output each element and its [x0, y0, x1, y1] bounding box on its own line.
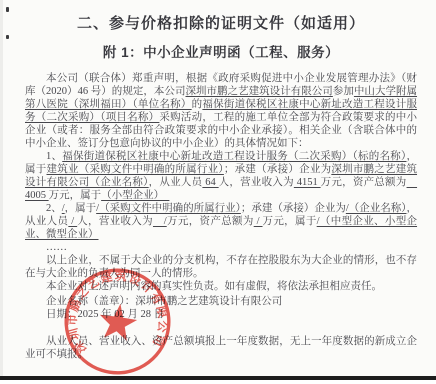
text-segment: 万元，属于 — [49, 190, 102, 201]
underlined-field: 深圳市鹏之艺建筑设计有限公司 — [185, 86, 332, 97]
scan-artifact — [6, 35, 9, 39]
page-below-border — [0, 380, 436, 384]
underlined-field: 4151 — [294, 177, 321, 188]
text-segment: 的 — [192, 99, 203, 110]
assurance-paragraph: 以上企业，不属于大企业的分支机构，不存在控股股东为大企业的情形，也不存在与大企业… — [25, 254, 417, 280]
company-name-line: 企业名称（盖章）：深圳市鹏之艺建筑设计有限公司 — [25, 295, 417, 308]
declaration-body: 本公司（联合体）郑重声明，根据《政府采购促进中小企业发展管理办法》（财库（202… — [25, 72, 417, 361]
document-content: 二、参与价格扣除的证明文件（如适用） 附 1：中小企业声明函（工程、服务） 本公… — [25, 12, 417, 361]
underlined-field: 福保街道保税区社康中心新址改造工程设计服务（二次采购）（标的名称） — [62, 151, 406, 162]
text-segment: 万元，资产总额为 — [321, 177, 407, 188]
text-segment: 2、 — [46, 203, 62, 214]
text-segment: ；承建（承接）企业为 — [224, 164, 331, 175]
page-title: 二、参与价格扣除的证明文件（如适用） — [25, 12, 417, 33]
scan-artifact — [6, 7, 9, 12]
underlined-field: /（企业名称） — [346, 203, 407, 214]
text-segment: 万元，资产总额为 — [167, 216, 254, 227]
text-segment: ，属于 — [65, 203, 97, 214]
underlined-field: / — [153, 216, 167, 227]
declaration-paragraph: 本公司（联合体）郑重声明，根据《政府采购促进中小企业发展管理办法》（财库（202… — [25, 72, 417, 150]
text-segment: ；承建（承接）企业为 — [241, 203, 346, 214]
text-segment: 参加 — [333, 86, 354, 97]
clause-item-2: 2、/，属于/（采购文件中明确的所属行业）；承建（承接）企业为/（企业名称），从… — [25, 202, 417, 241]
ellipsis-line: …… — [25, 241, 417, 254]
clause-item-1: 1、福保街道保税区社康中心新址改造工程设计服务（二次采购）（标的名称），属于建筑… — [25, 150, 417, 202]
text-segment: ，从业人员 — [149, 177, 203, 188]
date-line: 日期：2025 年 02 月 28 日 — [25, 308, 417, 321]
text-segment: 万元，属于 — [263, 216, 317, 227]
underlined-field: / — [68, 216, 77, 227]
underlined-field: / — [254, 216, 263, 227]
footnote-paragraph: 从业人员、营业收入、资产总额填报上一年度数据，无上一年度数据的新成立企业可不填报… — [25, 335, 417, 361]
scan-edge-shade — [0, 0, 3, 384]
document-page: 二、参与价格扣除的证明文件（如适用） 附 1：中小企业声明函（工程、服务） 本公… — [0, 0, 436, 384]
underlined-field: 建筑业（采购文件中明确的所属行业） — [47, 164, 224, 175]
text-segment: 人，营业收入为 — [219, 177, 294, 188]
underlined-field: 64 — [202, 177, 218, 188]
underlined-field: （小型企业） — [101, 190, 169, 201]
underlined-field: /（采购文件中明确的所属行业） — [96, 203, 241, 214]
text-segment: 人，营业收入为 — [77, 216, 153, 227]
page-subtitle: 附 1：中小企业声明函（工程、服务） — [25, 41, 417, 61]
text-segment: 1、 — [46, 151, 62, 162]
responsibility-paragraph: 本企业对上述声明内容的真实性负责。如有虚假，将依法承担相应责任。 — [25, 280, 417, 293]
